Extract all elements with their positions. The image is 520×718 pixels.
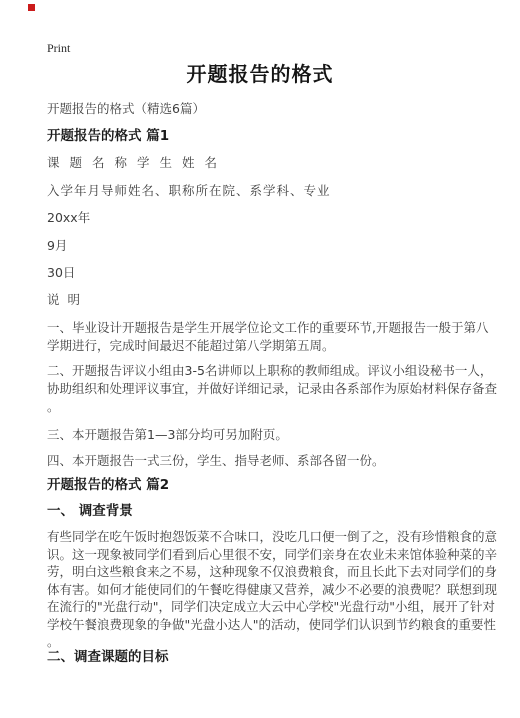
document-page: Print 开题报告的格式 开题报告的格式（精选6篇） 开题报告的格式 篇1 课… — [0, 0, 520, 718]
month-line: 9月 — [47, 237, 67, 255]
print-link[interactable]: Print — [47, 39, 70, 57]
notes-label: 说明 — [47, 291, 88, 309]
subtitle: 开题报告的格式（精选6篇） — [47, 100, 205, 118]
course-name-line: 课题名称学生姓名 — [47, 154, 227, 172]
year-line: 20xx年 — [47, 209, 90, 227]
enrollment-line: 入学年月导师姓名、职称所在院、系学科、专业 — [47, 182, 331, 200]
note-item-3: 三、本开题报告第1—3部分均可另加附页。 — [47, 426, 288, 444]
day-line: 30日 — [47, 264, 75, 282]
survey-background-heading: 一、 调查背景 — [47, 502, 133, 520]
part1-heading: 开题报告的格式 篇1 — [47, 127, 169, 145]
page-title: 开题报告的格式 — [0, 62, 520, 86]
note-item-1: 一、毕业设计开题报告是学生开展学位论文工作的重要环节,开题报告一般于第八 学期进… — [47, 319, 488, 355]
part2-heading: 开题报告的格式 篇2 — [47, 476, 169, 494]
note-item-4: 四、本开题报告一式三份，学生、指导老师、系部各留一份。 — [47, 452, 385, 470]
click-marker — [28, 4, 35, 11]
survey-goal-heading: 二、调查课题的目标 — [47, 648, 169, 666]
survey-background-paragraph: 有些同学在吃午饭时抱怨饭菜不合味口，没吃几口便一倒了之，没有珍惜粮食的意 识。这… — [47, 528, 497, 651]
note-item-2: 二、开题报告评议小组由3-5名讲师以上职称的教师组成。评议小组设秘书一人， 协助… — [47, 362, 497, 416]
